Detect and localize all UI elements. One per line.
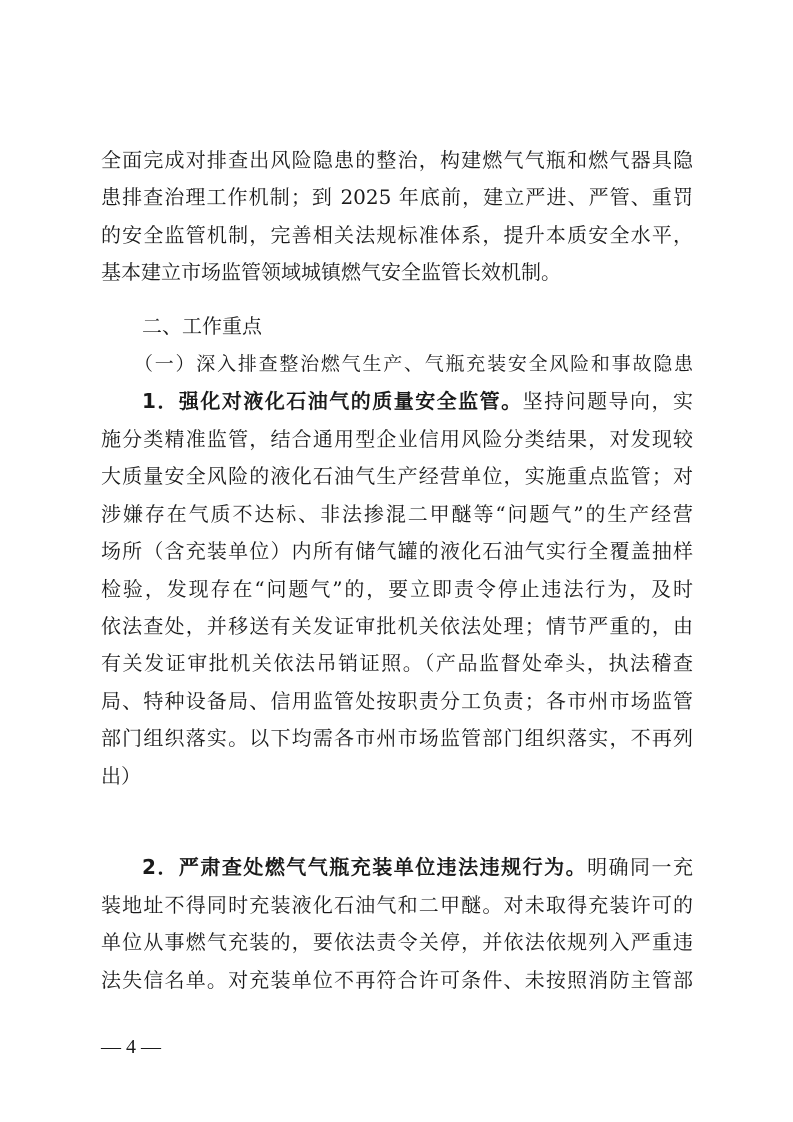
item1-title: 1．强化对液化石油气的质量安全监管。: [142, 389, 523, 413]
item1-first-line: 1．强化对液化石油气的质量安全监管。坚持问题导向，实: [142, 388, 693, 414]
text-line: 全面完成对排查出风险隐患的整治，构建燃气气瓶和燃气器具隐: [101, 147, 693, 173]
item2-first-line: 2．严肃查处燃气气瓶充装单位违法违规行为。明确同一充: [142, 854, 693, 880]
text-line: 施分类精准监管，结合通用型企业信用风险分类结果，对发现较: [101, 426, 693, 452]
text-line: 的安全监管机制，完善相关法规标准体系，提升本质安全水平，: [101, 222, 693, 248]
item2-title: 2．严肃查处燃气气瓶充装单位违法违规行为。: [142, 855, 587, 879]
text-line: 涉嫌存在气质不达标、非法掺混二甲醚等“问题气”的生产经营: [101, 501, 693, 527]
item2-first-rest: 明确同一充: [587, 855, 693, 879]
document-page: 全面完成对排查出风险隐患的整治，构建燃气气瓶和燃气器具隐 患排查治理工作机制；到…: [0, 0, 793, 1122]
text-line: 局、特种设备局、信用监管处按职责分工负责；各市州市场监管: [101, 688, 693, 714]
section-heading: 二、工作重点: [142, 313, 693, 339]
item1-first-rest: 坚持问题导向，实: [523, 389, 693, 413]
text-line: 出）: [101, 763, 693, 789]
text-line: 患排查治理工作机制；到 2025 年底前，建立严进、严管、重罚: [101, 184, 693, 210]
text-line: 装地址不得同时充装液化石油气和二甲醚。对未取得充装许可的: [101, 892, 693, 918]
text-line: 部门组织落实。以下均需各市州市场监管部门组织落实，不再列: [101, 725, 693, 751]
text-line: 基本建立市场监管领域城镇燃气安全监管长效机制。: [101, 259, 693, 285]
text-line: 大质量安全风险的液化石油气生产经营单位，实施重点监管；对: [101, 463, 693, 489]
text-line: 依法查处，并移送有关发证审批机关依法处理；情节严重的，由: [101, 613, 693, 639]
text-line: 法失信名单。对充装单位不再符合许可条件、未按照消防主管部: [101, 967, 693, 993]
subsection-heading: （一）深入排查整治燃气生产、气瓶充装安全风险和事故隐患: [134, 351, 693, 377]
text-line: 有关发证审批机关依法吊销证照。（产品监督处牵头，执法稽查: [101, 650, 693, 676]
text-line: 场所（含充装单位）内所有储气罐的液化石油气实行全覆盖抽样: [101, 538, 693, 564]
page-number: — 4 —: [101, 1034, 161, 1060]
text-line: 检验，发现存在“问题气”的，要立即责令停止违法行为，及时: [101, 576, 693, 602]
text-line: 单位从事燃气充装的，要依法责令关停，并依法依规列入严重违: [101, 929, 693, 955]
